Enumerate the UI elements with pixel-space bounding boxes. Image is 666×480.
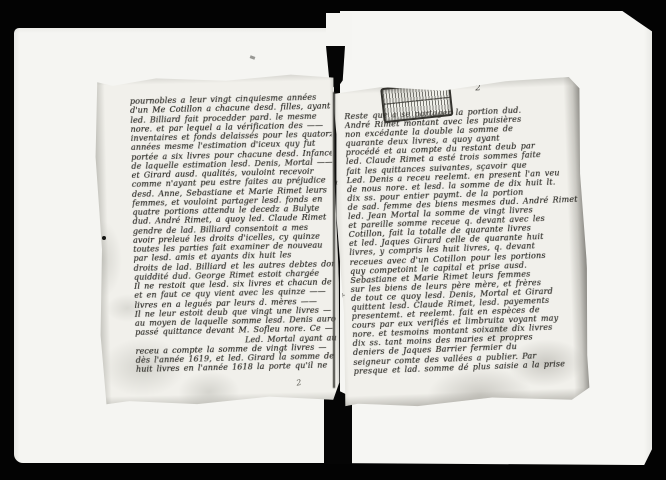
gutter-fold-line: [333, 92, 335, 388]
manuscript-scan-photo: pournobles a leur vingt cinquiesme année…: [0, 0, 666, 480]
manuscript-page-left: pournobles a leur vingt cinquiesme année…: [93, 72, 341, 407]
handwritten-text-block: pournobles a leur vingt cinquiesme année…: [93, 72, 341, 375]
manuscript-page-right: 2 ca + Reste que a se partager la portio…: [331, 77, 592, 410]
wormhole-dot: [102, 236, 106, 240]
catchword-flourish: 2: [295, 378, 301, 388]
handwritten-text-block: Reste que a se partager la portion dud. …: [331, 77, 590, 377]
